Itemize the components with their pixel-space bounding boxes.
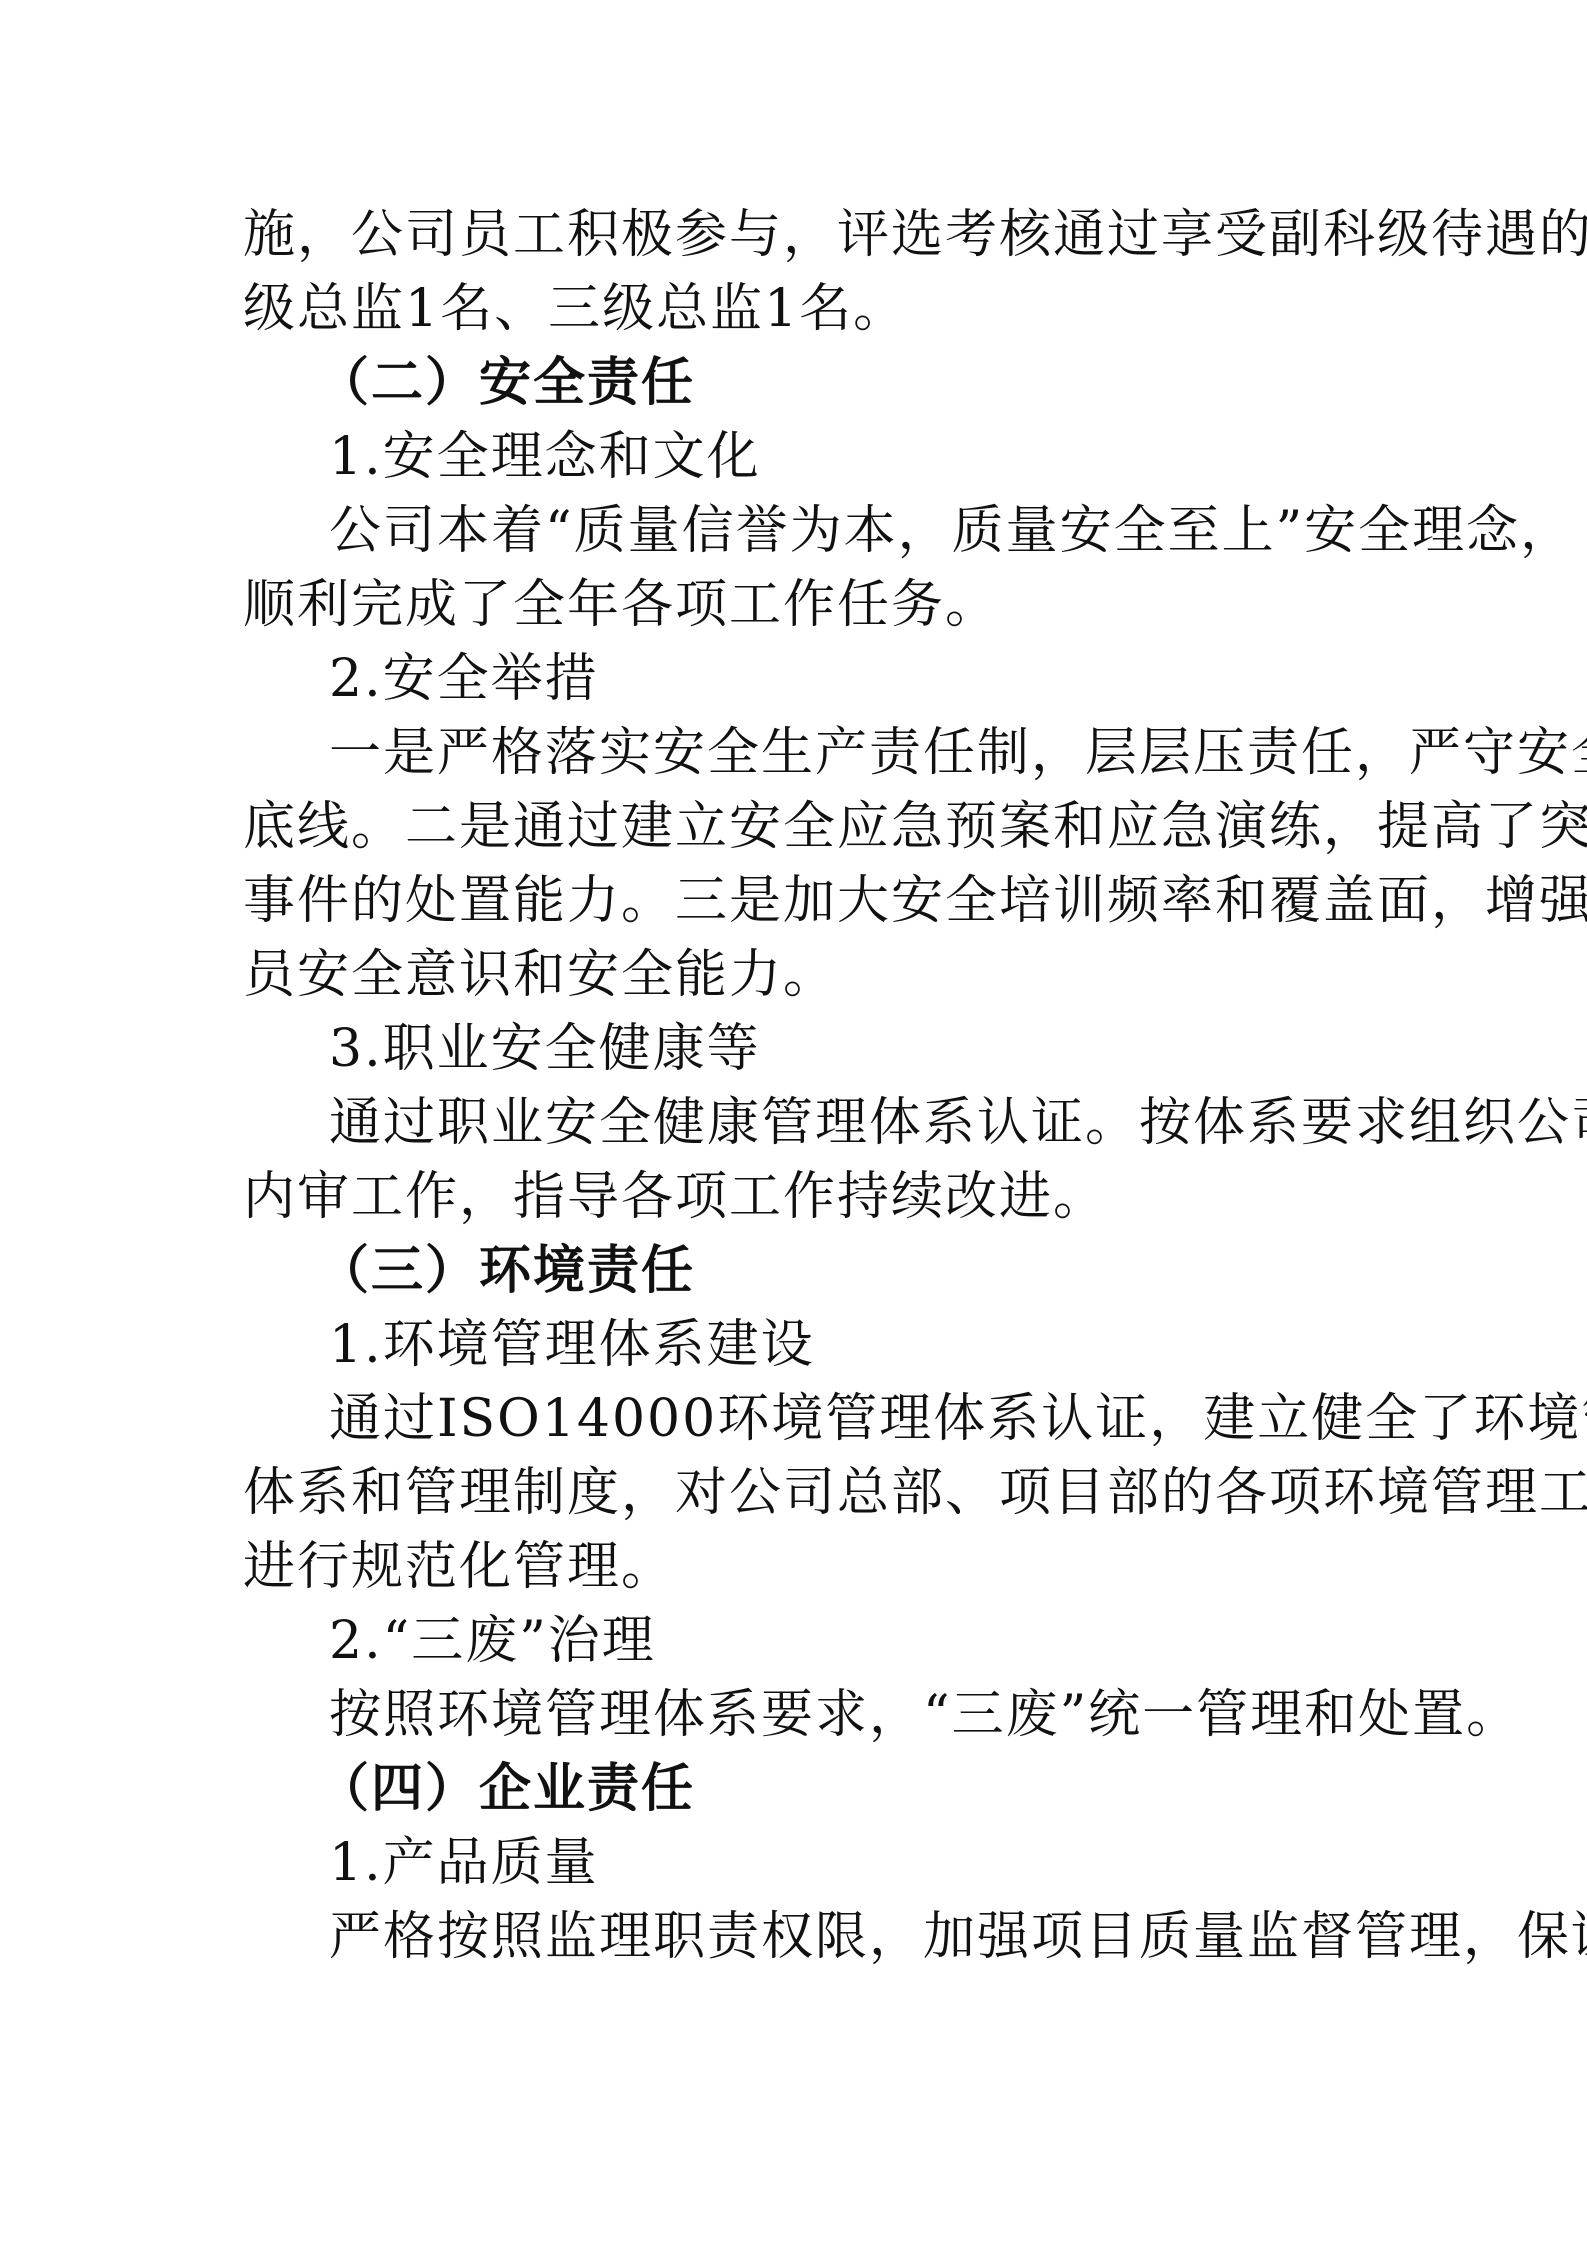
body-text-line: 严格按照监理职责权限，加强项目质量监督管理，保证 [243,1900,1343,1974]
body-text-line: 员安全意识和安全能力。 [243,938,1343,1012]
body-text-line: 一是严格落实安全生产责任制，层层压责任，严守安全 [243,716,1343,790]
body-text-line: 顺利完成了全年各项工作任务。 [243,568,1343,642]
body-text-line: 内审工作，指导各项工作持续改进。 [243,1160,1343,1234]
subheading-environmental-system: 1.环境管理体系建设 [243,1308,1343,1382]
section-heading-environmental-responsibility: （三）环境责任 [243,1234,1343,1308]
subheading-safety-culture: 1.安全理念和文化 [243,420,1343,494]
subheading-three-wastes: 2.“三废”治理 [243,1604,1343,1678]
body-text-line: 事件的处置能力。三是加大安全培训频率和覆盖面，增强全 [243,864,1343,938]
section-heading-corporate-responsibility: （四）企业责任 [243,1752,1343,1826]
body-text-line: 通过ISO14000环境管理体系认证，建立健全了环境管理 [243,1382,1343,1456]
subheading-occupational-health: 3.职业安全健康等 [243,1012,1343,1086]
document-page: 施，公司员工积极参与，评选考核通过享受副科级待遇的二 级总监1名、三级总监1名。… [243,198,1343,1974]
body-text-line: 通过职业安全健康管理体系认证。按体系要求组织公司 [243,1086,1343,1160]
body-text-line: 体系和管理制度，对公司总部、项目部的各项环境管理工作 [243,1456,1343,1530]
body-text-line: 施，公司员工积极参与，评选考核通过享受副科级待遇的二 [243,198,1343,272]
body-text-line: 进行规范化管理。 [243,1530,1343,1604]
body-text-line: 底线。二是通过建立安全应急预案和应急演练，提高了突发 [243,790,1343,864]
subheading-product-quality: 1.产品质量 [243,1826,1343,1900]
body-text-line: 按照环境管理体系要求，“三废”统一管理和处置。 [243,1678,1343,1752]
section-heading-safety-responsibility: （二）安全责任 [243,346,1343,420]
body-text-line: 公司本着“质量信誉为本，质量安全至上”安全理念， [243,494,1343,568]
subheading-safety-measures: 2.安全举措 [243,642,1343,716]
body-text-line: 级总监1名、三级总监1名。 [243,272,1343,346]
